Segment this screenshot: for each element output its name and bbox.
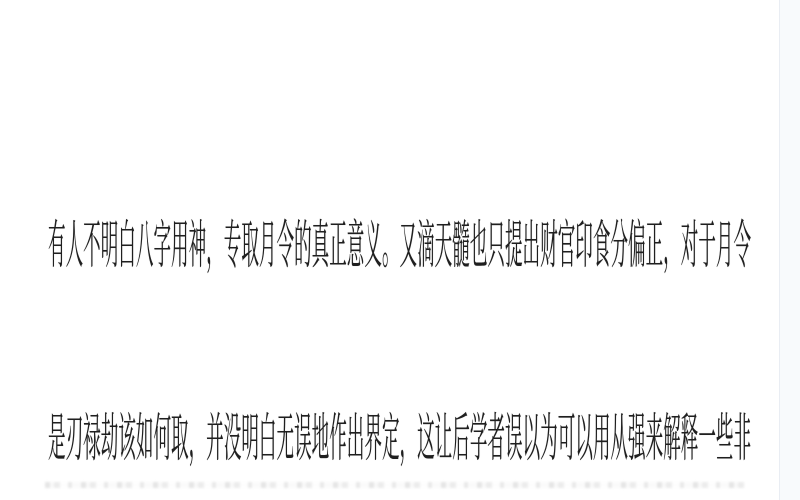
paragraph-text-line: 有人不明白八字用神，专取月令的真正意义。又滴天髓也只提出财官印食分偏正，对于月令 <box>48 220 751 272</box>
scrollbar-gutter <box>779 0 800 500</box>
clipped-next-line-ghost <box>45 482 745 488</box>
reader-page: 有人不明白八字用神，专取月令的真正意义。又滴天髓也只提出财官印食分偏正，对于月令… <box>0 0 800 500</box>
paragraph-text-line: 是刃禄劫该如何取，并没明白无误地作出界定，这让后学者误以为可以用从强来解释一些非 <box>48 413 751 465</box>
